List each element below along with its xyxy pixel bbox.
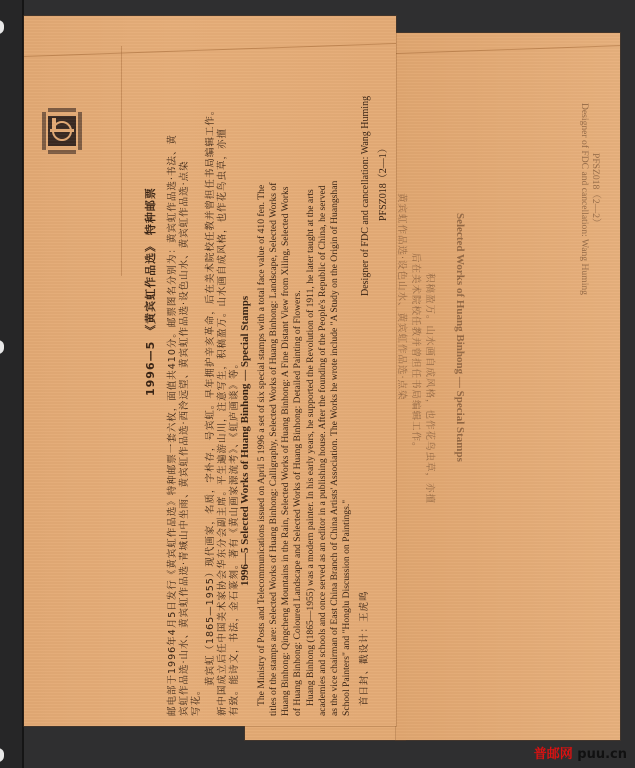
cn-heading: 1996—5 《黄宾虹作品选》 特种邮票 (142, 187, 158, 396)
back-cn-line: 黄宾虹作品选·设色山水、黄宾虹作品选·点染 (396, 193, 410, 401)
en-paragraph-line: of Huang Binhong: Coloured Landscape and… (292, 290, 303, 716)
en-paragraph-line: The Ministry of Posts and Telecommunicat… (256, 185, 267, 706)
binder-hole (0, 20, 4, 34)
binder-hole (0, 748, 4, 762)
front-envelope: 1996—5 《黄宾虹作品选》 特种邮票 邮电部于1996年4月5日发行《黄宾虹… (24, 16, 396, 726)
back-code: PFSZ018（2—2） (590, 153, 604, 228)
en-heading: 1996—5 Selected Works of Huang Binhong —… (239, 296, 251, 586)
watermark-url: puu.cn (577, 747, 627, 762)
china-philatelic-logo-icon (40, 106, 84, 156)
back-en-designer: Designer of FDC and cancellation: Wang H… (579, 103, 590, 295)
back-cn-line: 后在美术院校任教并曾担任书局编辑工作。 (410, 253, 424, 453)
back-cn-line: 积稿盈万。山水画自成风格，也作花鸟虫草，亦擅 (424, 273, 438, 504)
envelope-flap-fold (121, 46, 122, 276)
en-paragraph-line: School Painters" and "Honglu Discussion … (341, 500, 352, 716)
cn-paragraph-line: 有致。能诗文，书法，金石篆刻。著有《黄山画家源流考》、《虹庐画谈》等。 (226, 358, 240, 716)
cn-designer: 首日封、戳设计：王虎鸣 (356, 590, 370, 706)
album-page-strip (0, 0, 24, 768)
cn-paragraph-line: 宾虹作品选·山水、黄宾虹作品选·青城山中坐雨、黄宾虹作品选·西泠远望、黄宾虹作品… (176, 160, 190, 716)
en-paragraph-line: Huang Binhong: Qingcheng Mountains in th… (280, 187, 291, 716)
en-paragraph-line: Huang Binhong (1865—1955) was a modern p… (305, 189, 316, 706)
site-watermark: 普邮网 puu.cn (534, 743, 627, 762)
envelope-flap-line (396, 25, 620, 54)
en-paragraph-line: titles of the stamps are: Selected Works… (268, 183, 279, 716)
envelope-flap-line (24, 3, 396, 57)
en-designer: Designer of FDC and cancellation: Wang H… (360, 96, 371, 296)
watermark-cn: 普邮网 (534, 747, 573, 762)
en-paragraph-line: as the vice chairman of East China Branc… (329, 181, 340, 716)
back-en-heading: Selected Works of Huang Binhong — Specia… (454, 213, 466, 462)
cn-paragraph-line: 写花。 (188, 684, 202, 716)
en-paragraph-line: academies and schools and once served as… (317, 185, 328, 716)
binder-hole (0, 340, 4, 354)
back-envelope: 黄宾虹作品选·设色山水、黄宾虹作品选·点染 后在美术院校任教并曾担任书局编辑工作… (396, 33, 620, 740)
fdc-code: PFSZ018（2—1） (374, 143, 389, 221)
